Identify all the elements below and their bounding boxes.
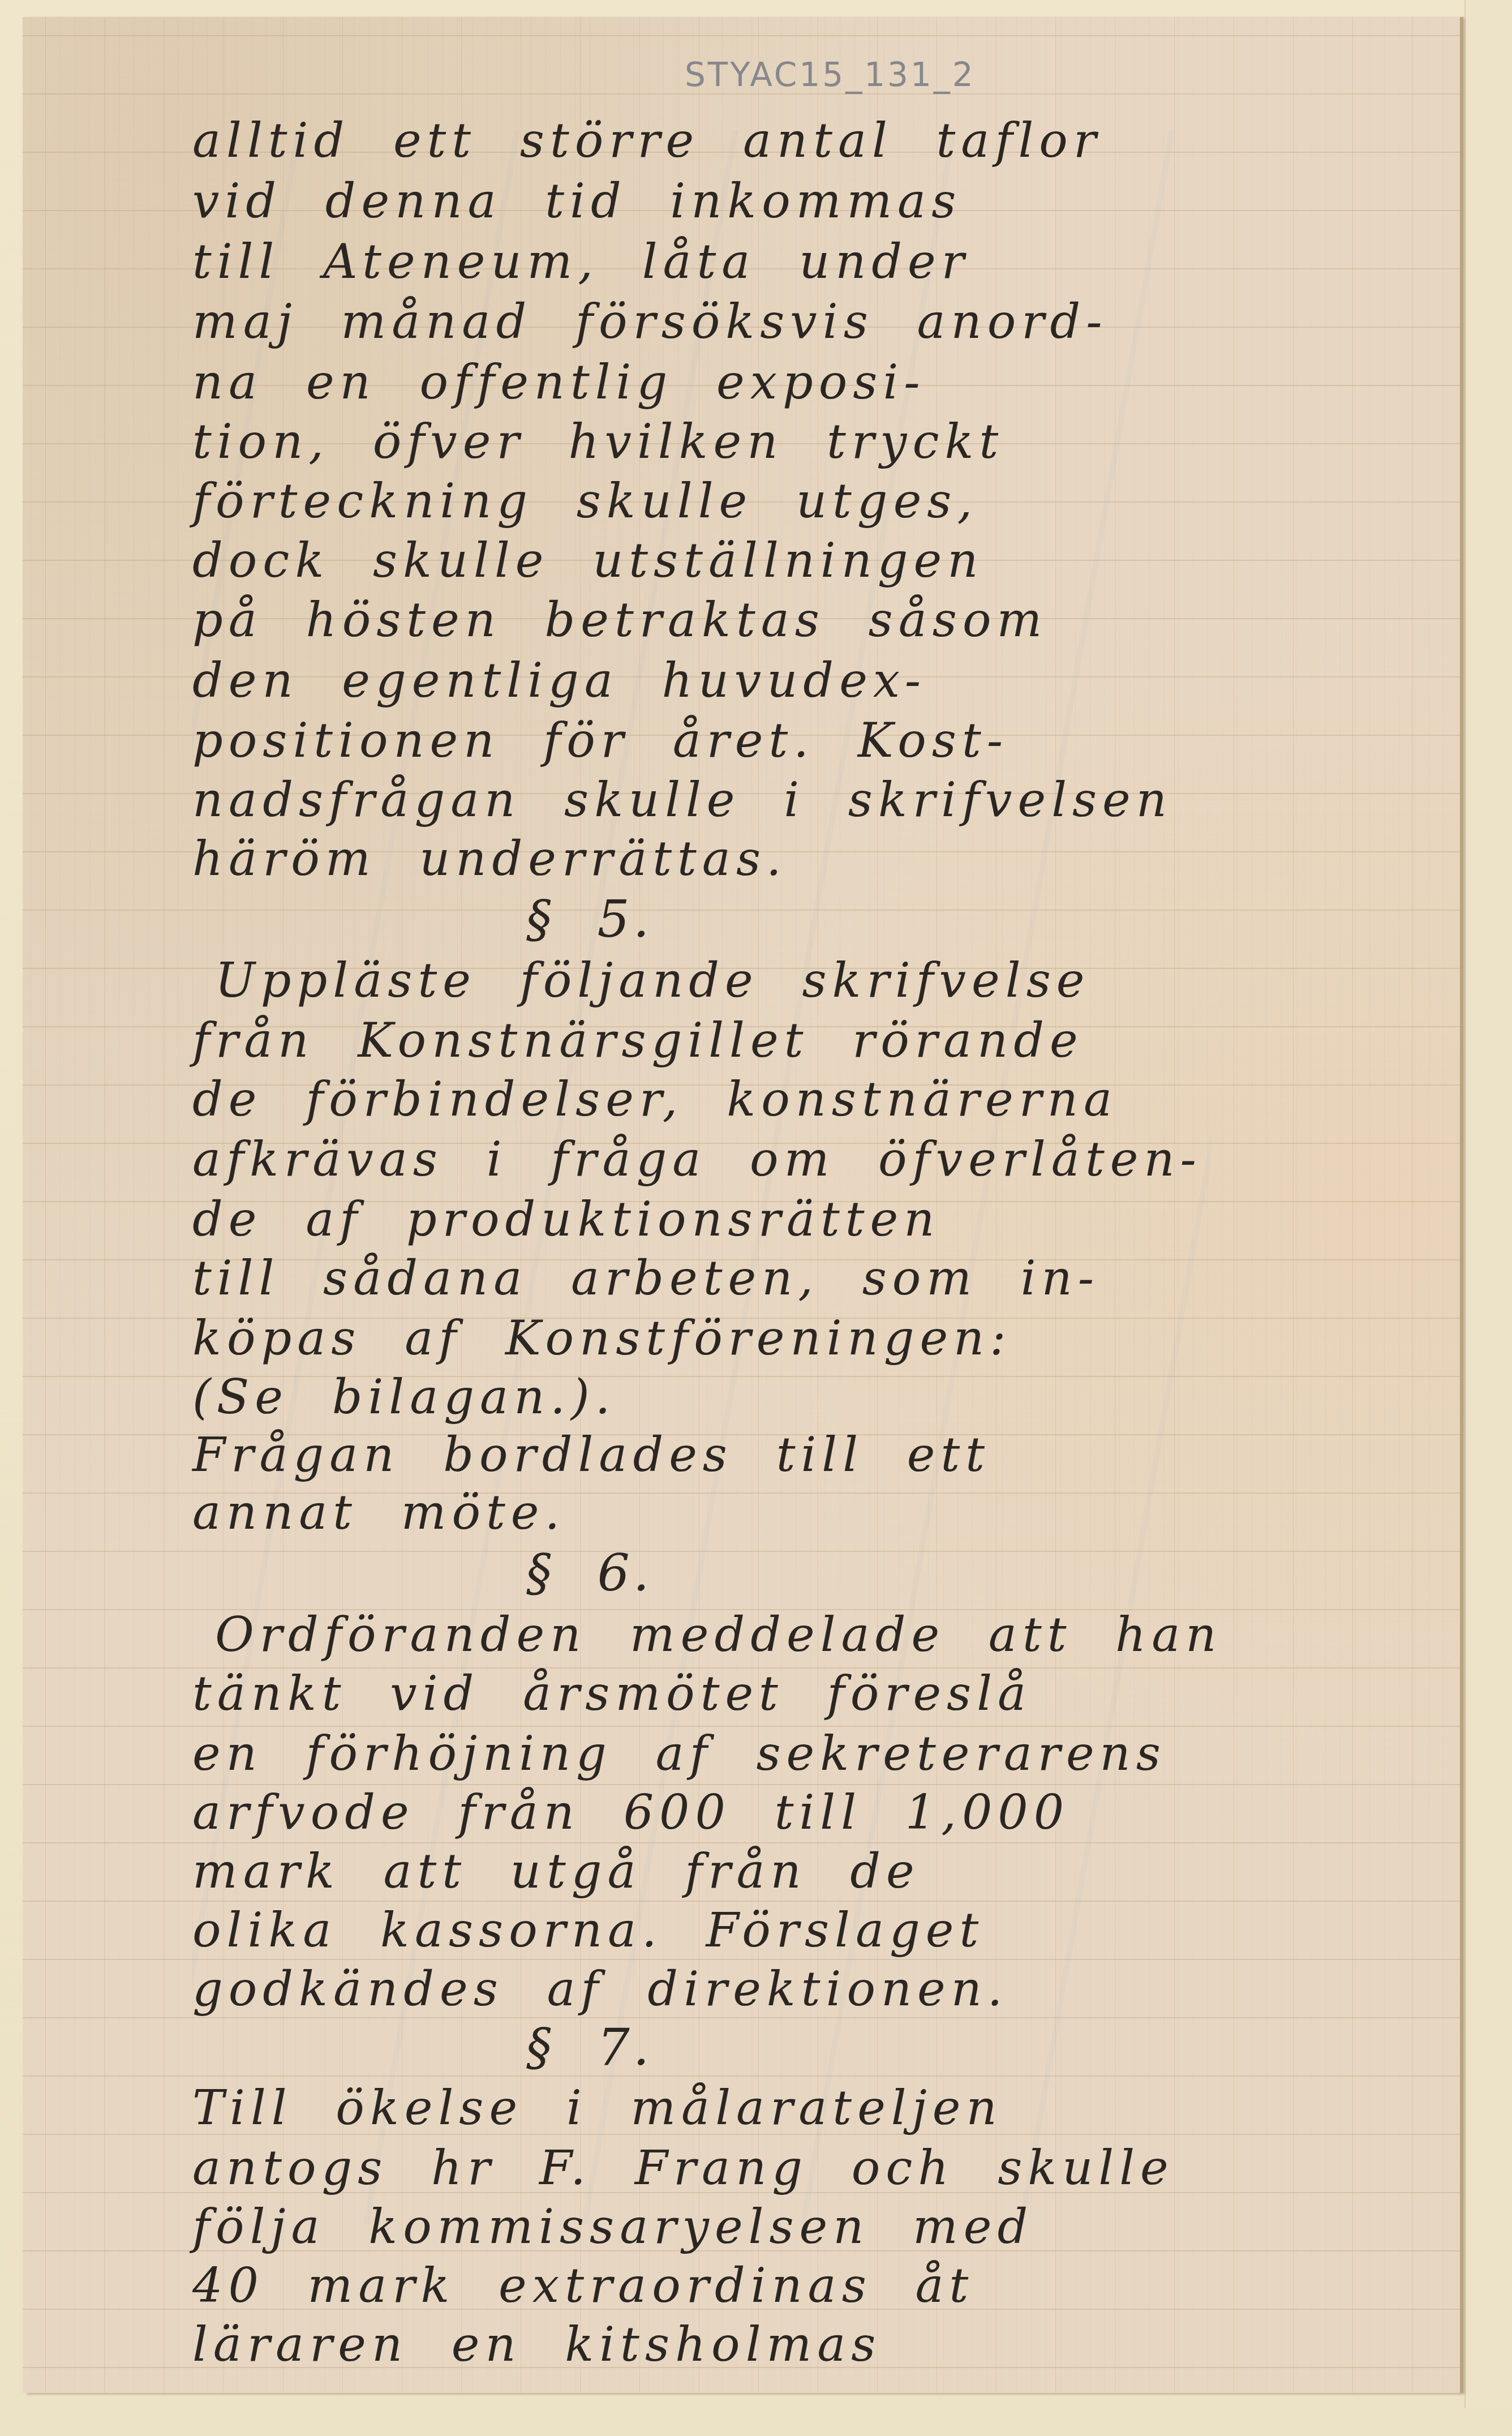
text-line: positionen för året. Kost-	[192, 712, 1008, 769]
text-line: från Konstnärsgillet rörande	[192, 1012, 1084, 1069]
text-line: maj månad försöksvis anord-	[192, 293, 1108, 350]
text-line: de af produktionsrätten	[192, 1191, 940, 1247]
text-line: (Se bilagan.).	[192, 1369, 616, 1425]
text-line: de förbindelser, konstnärerna	[192, 1071, 1118, 1127]
text-line: Uppläste följande skrifvelse	[215, 952, 1090, 1009]
text-line: godkändes af direktionen.	[192, 1961, 1008, 2017]
text-line: till Ateneum, låta under	[192, 233, 970, 290]
text-line: 40 mark extraordinas åt	[192, 2257, 974, 2314]
text-line: den egentliga huvudex-	[192, 652, 926, 709]
section-heading-7: § 7.	[526, 2019, 652, 2076]
text-line: köpas af Konstföreningen:	[192, 1310, 1012, 1366]
text-line: häröm underrättas.	[192, 830, 787, 887]
text-line: arfvode från 600 till 1,000	[192, 1784, 1069, 1841]
underlying-sheet-edge	[1464, 0, 1512, 2408]
text-line: nadsfrågan skulle i skrifvelsen	[192, 771, 1172, 828]
text-line: Ordföranden meddelade att han	[215, 1606, 1222, 1663]
text-line: förteckning skulle utges,	[192, 473, 978, 529]
section-heading-5: § 5.	[526, 891, 652, 948]
section-heading-6: § 6.	[526, 1545, 652, 1602]
handwritten-text: alltid ett större antal taflor vid denna…	[23, 17, 1460, 2393]
text-line: en förhöjning af sekreterarens	[192, 1725, 1166, 1782]
text-line: vid denna tid inkommas	[192, 173, 961, 229]
text-line: dock skulle utställningen	[192, 532, 983, 589]
text-line: tänkt vid årsmötet föreslå	[192, 1665, 1032, 1722]
text-line: Frågan bordlades till ett	[192, 1426, 990, 1483]
text-line: annat möte.	[192, 1484, 565, 1541]
text-line: Till ökelse i målarateljen	[192, 2079, 1003, 2136]
text-line: läraren en kitsholmas	[192, 2316, 881, 2373]
text-line: till sådana arbeten, som in-	[192, 1250, 1099, 1306]
text-line: antogs hr F. Frang och skulle	[192, 2139, 1174, 2196]
text-line: na en offentlig exposi-	[192, 354, 926, 410]
text-line: mark att utgå från de	[192, 1843, 920, 1899]
text-line: på hösten betraktas såsom	[192, 591, 1047, 648]
manuscript-page: STYAC15_131_2 alltid ett större antal ta…	[23, 17, 1460, 2393]
text-line: afkrävas i fråga om öfverlåten-	[192, 1131, 1202, 1187]
text-line: alltid ett större antal taflor	[192, 112, 1102, 169]
text-line: olika kassorna. Förslaget	[192, 1902, 984, 1958]
text-line: tion, öfver hvilken tryckt	[192, 413, 1004, 470]
text-line: följa kommissaryelsen med	[192, 2198, 1033, 2255]
